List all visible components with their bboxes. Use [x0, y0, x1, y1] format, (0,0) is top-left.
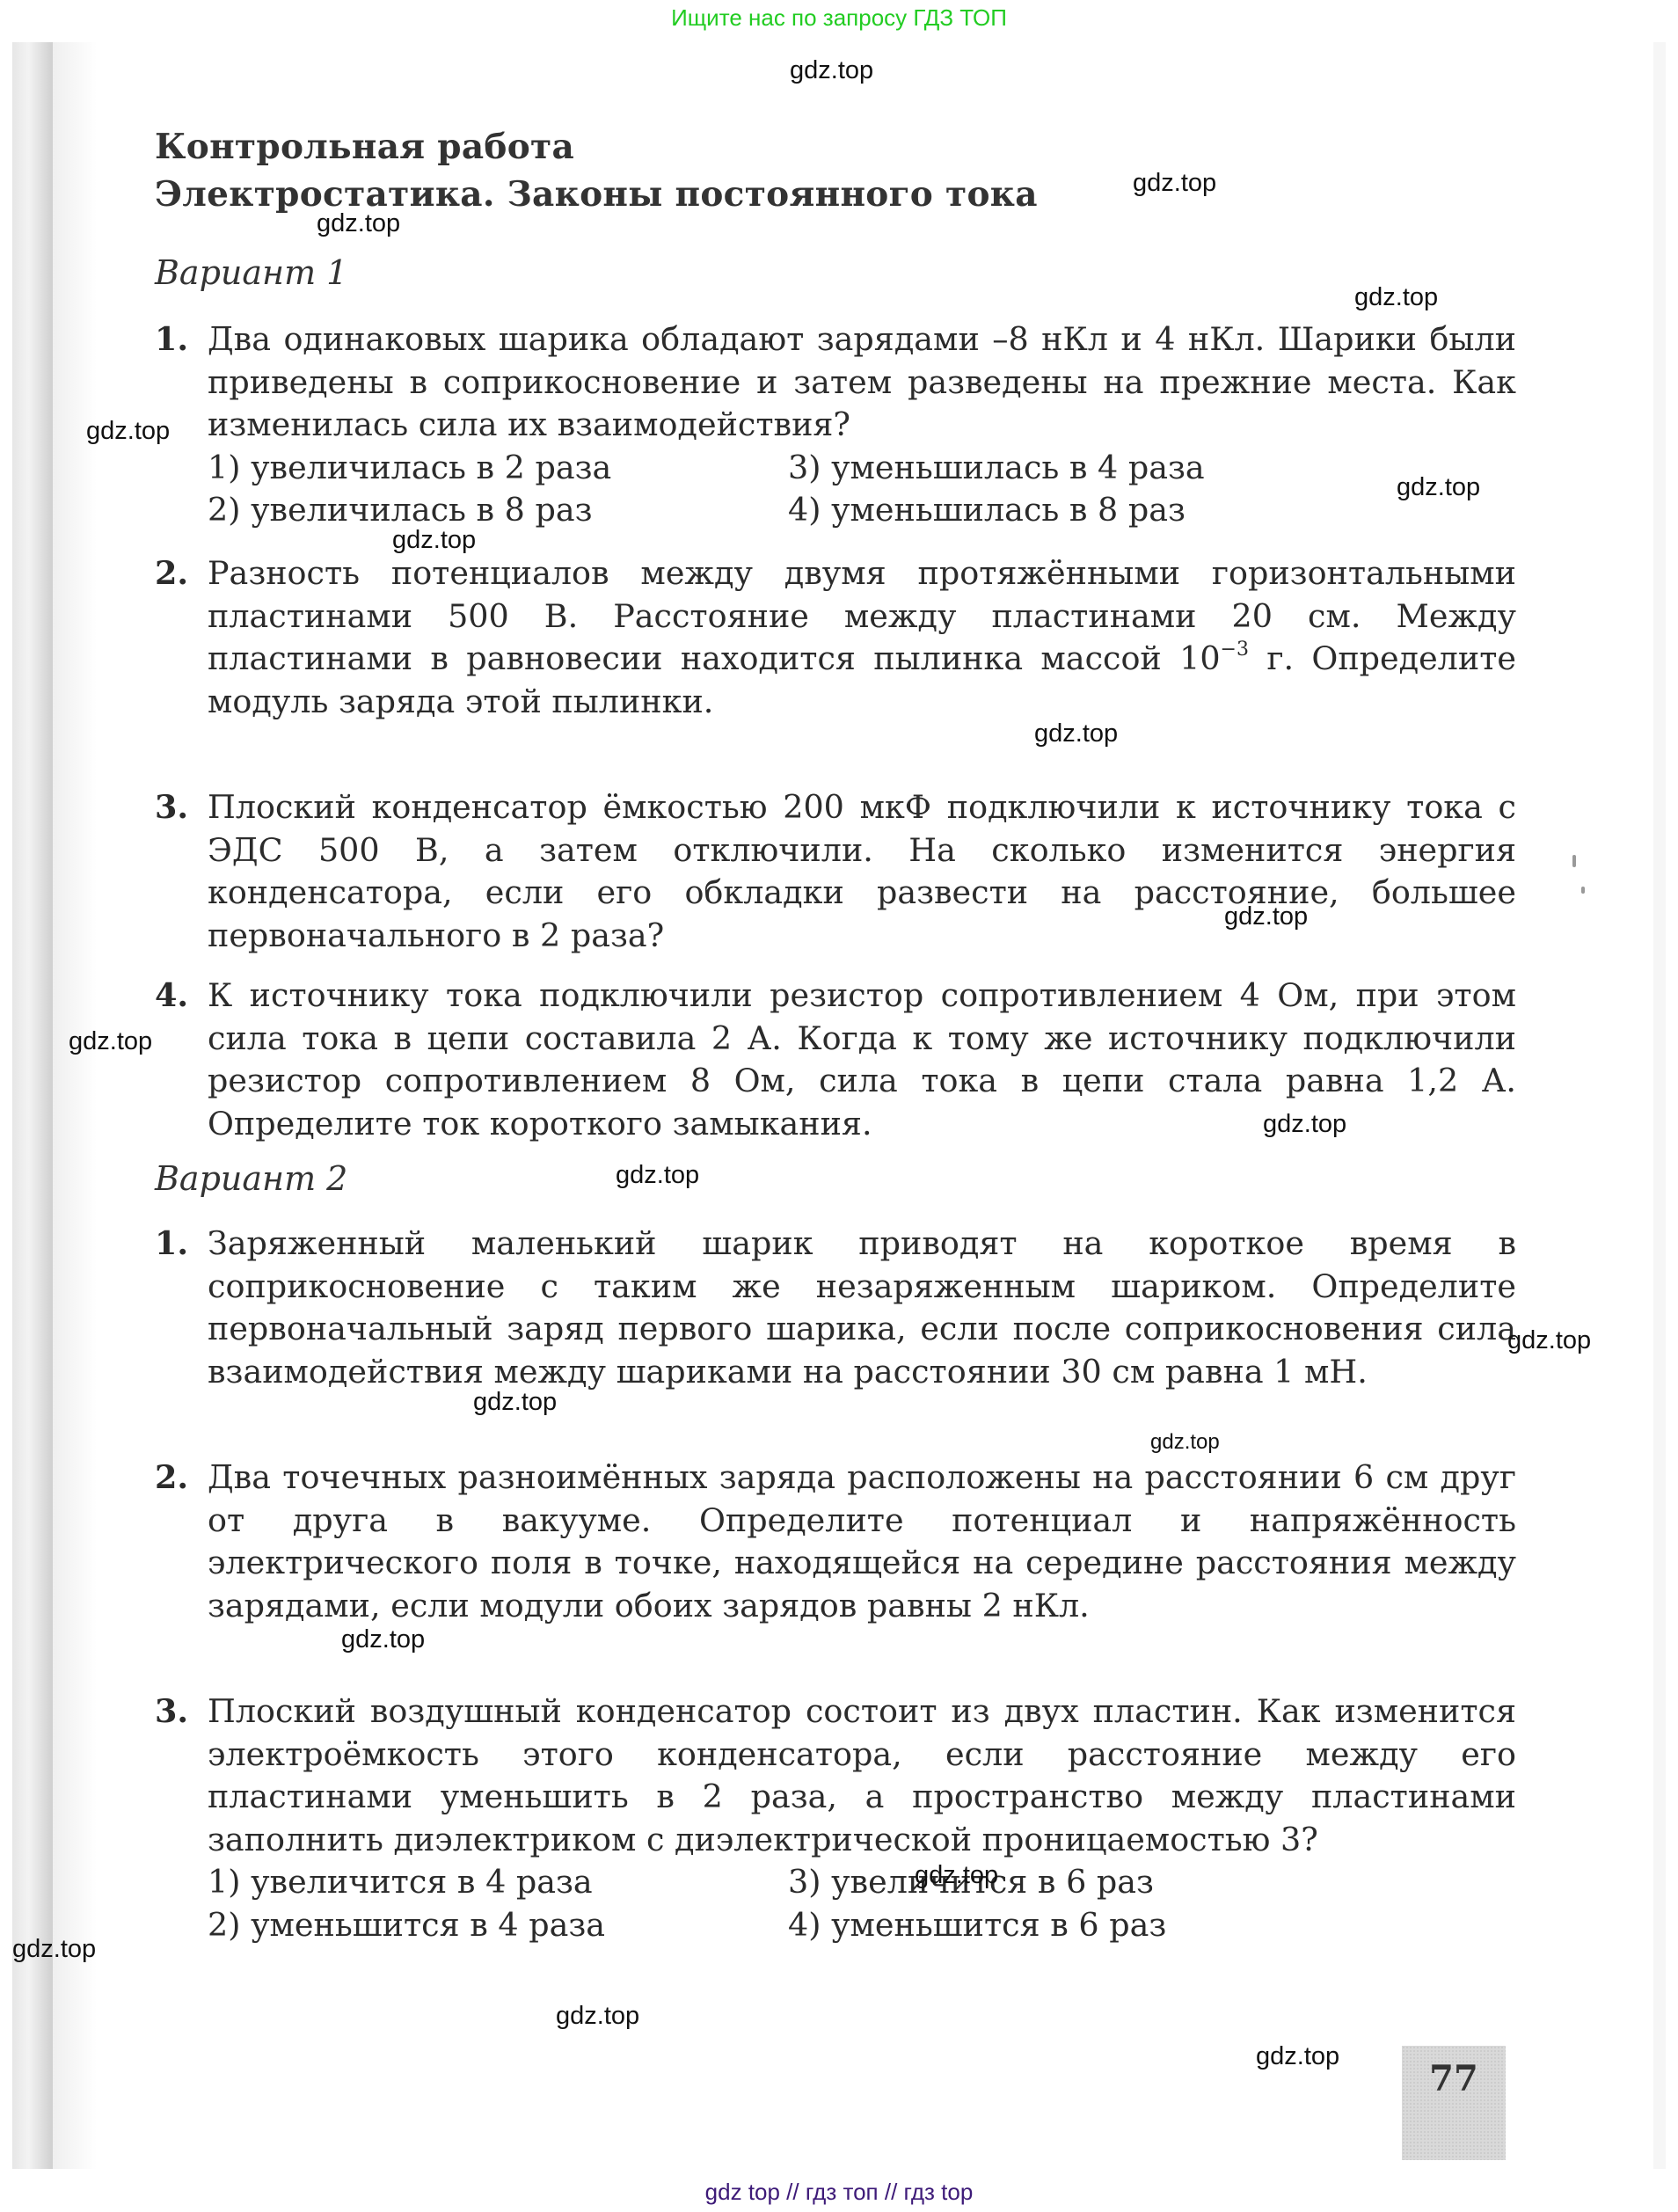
- task-number: 1.: [155, 318, 188, 361]
- watermark: gdz.top: [1150, 1430, 1220, 1455]
- option-3: 3) уменьшилась в 4 раза: [788, 447, 1404, 490]
- bleed-through-mark: [1572, 855, 1576, 867]
- page-number: 77: [1402, 2058, 1506, 2099]
- watermark: gdz.top: [616, 1161, 699, 1190]
- task-text: Два точечных разноимённых заряда располо…: [208, 1456, 1516, 1627]
- textbook-page: Контрольная работа Электростатика. Закон…: [12, 42, 1666, 2169]
- v2-task-2: 2. Два точечных разноимённых заряда расп…: [155, 1456, 1516, 1627]
- answer-options: 1) увеличится в 4 раза 3) увеличится в 6…: [208, 1861, 1516, 1946]
- watermark: gdz.top: [1224, 902, 1308, 931]
- task-text: Два одинаковых шарика обладают зарядами …: [208, 318, 1516, 447]
- task-text: Разность потенциалов между двумя протяжё…: [208, 552, 1516, 723]
- answer-options: 1) увеличилась в 2 раза 3) уменьшилась в…: [208, 447, 1516, 532]
- watermark: gdz.top: [12, 1935, 96, 1964]
- watermark: gdz.top: [1354, 283, 1438, 312]
- watermark: gdz.top: [1397, 473, 1480, 502]
- watermark: gdz.top: [1507, 1326, 1591, 1355]
- watermark: gdz.top: [317, 209, 400, 238]
- watermark: gdz.top: [1133, 169, 1216, 198]
- v2-task-3: 3. Плоский воздушный конденсатор состоит…: [155, 1690, 1516, 1946]
- watermark: gdz.top: [1034, 719, 1118, 748]
- v2-task-1: 1. Заряженный маленький шарик приводят н…: [155, 1223, 1516, 1393]
- task-text: Заряженный маленький шарик приводят на к…: [208, 1223, 1516, 1393]
- option-4: 4) уменьшилась в 8 раз: [788, 489, 1404, 532]
- binding-shadow: [12, 42, 53, 2169]
- watermark: gdz.top: [915, 1861, 998, 1890]
- task-number: 2.: [155, 1456, 188, 1500]
- exponent: −3: [1221, 639, 1249, 661]
- page-right-edge: [1653, 42, 1666, 2169]
- task-number: 2.: [155, 552, 188, 595]
- variant-1-heading: Вариант 1: [155, 253, 347, 292]
- variant-2-heading: Вариант 2: [155, 1159, 347, 1198]
- task-number: 4.: [155, 975, 188, 1018]
- task-text: Плоский конденсатор ёмкостью 200 мкФ под…: [208, 786, 1516, 957]
- page-title: Контрольная работа Электростатика. Закон…: [155, 123, 1038, 218]
- title-line-1: Контрольная работа: [155, 123, 1038, 171]
- option-4: 4) уменьшится в 6 раз: [788, 1904, 1404, 1947]
- title-line-2: Электростатика. Законы постоянного тока: [155, 171, 1038, 218]
- watermark: gdz.top: [473, 1388, 557, 1417]
- task-number: 3.: [155, 1690, 188, 1734]
- watermark: gdz.top: [790, 56, 873, 85]
- task-text: Плоский воздушный конденсатор состоит из…: [208, 1690, 1516, 1861]
- watermark: gdz.top: [69, 1027, 152, 1056]
- v1-task-1: 1. Два одинаковых шарика обладают заряда…: [155, 318, 1516, 532]
- option-2: 2) уменьшится в 4 раза: [208, 1904, 788, 1947]
- watermark: gdz.top: [1263, 1110, 1346, 1139]
- page-number-box: 77: [1402, 2046, 1506, 2160]
- bottom-banner: gdz top // гдз топ // гдз top: [0, 2172, 1678, 2212]
- option-3: 3) увеличится в 6 раз: [788, 1861, 1404, 1904]
- bleed-through-mark: [1581, 887, 1585, 894]
- watermark: gdz.top: [86, 417, 170, 446]
- option-1: 1) увеличилась в 2 раза: [208, 447, 788, 490]
- watermark: gdz.top: [1256, 2042, 1339, 2071]
- watermark: gdz.top: [392, 526, 476, 555]
- watermark: gdz.top: [341, 1625, 425, 1654]
- watermark: gdz.top: [556, 2002, 639, 2031]
- v1-task-3: 3. Плоский конденсатор ёмкостью 200 мкФ …: [155, 786, 1516, 957]
- option-1: 1) увеличится в 4 раза: [208, 1861, 788, 1904]
- top-banner: Ищите нас по запросу ГДЗ ТОП: [0, 0, 1678, 35]
- task-number: 3.: [155, 786, 188, 829]
- option-2: 2) увеличилась в 8 раз: [208, 489, 788, 532]
- task-number: 1.: [155, 1223, 188, 1266]
- v1-task-2: 2. Разность потенциалов между двумя прот…: [155, 552, 1516, 723]
